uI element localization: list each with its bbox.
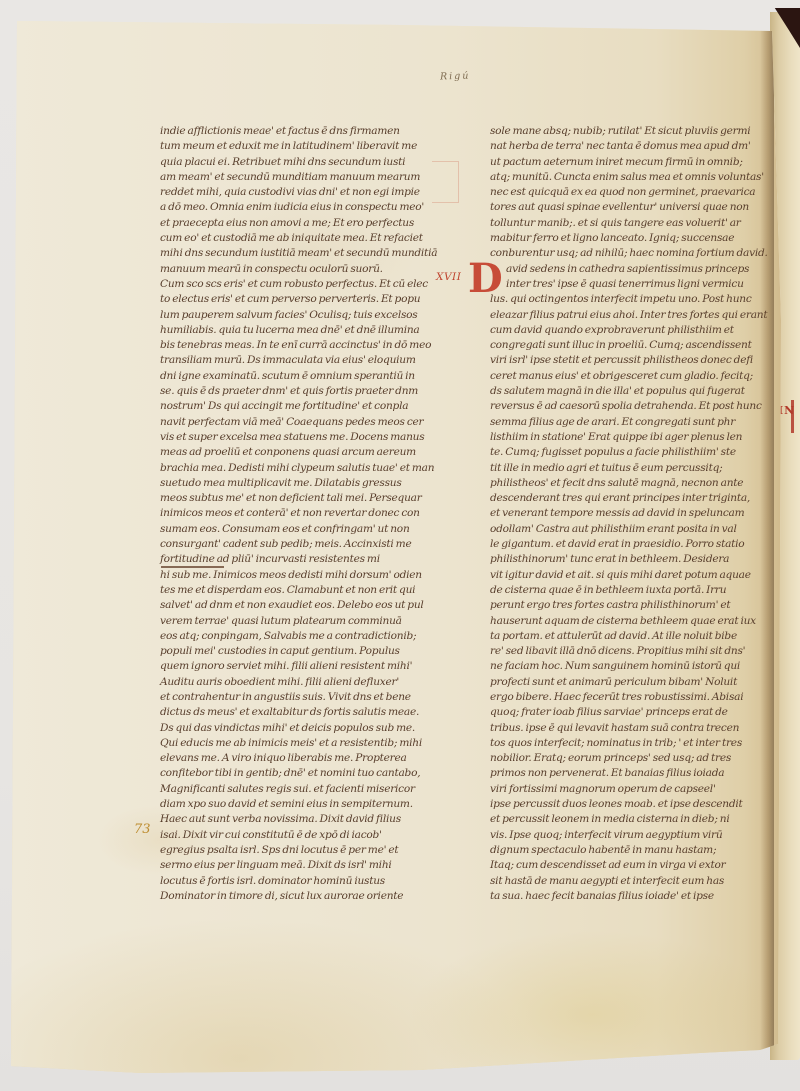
text-line: vis. Ipse quoq; interfecit virum aegypti… [490, 828, 752, 843]
text-line: eleazar filius patrui eius ahoi. Inter t… [490, 308, 752, 323]
text-line: bis tenebras meas. In te enī currā accin… [160, 338, 460, 353]
text-line: elevans me. A viro iniquo liberabis me. … [160, 751, 460, 766]
text-line: quia placui ei. Retribuet mihi dns secun… [160, 155, 460, 170]
chapter-numeral-rubric: XVII [436, 271, 461, 283]
text-line: inimicos meos et conterā' et non reverta… [160, 506, 460, 521]
text-line: egregius psalta isrl. Sps dni locutus ē … [160, 843, 460, 858]
text-line: de cisterna quae ē in bethleem iuxta por… [490, 583, 752, 598]
text-line: cum eo' et custodiā me ab iniquitate mea… [160, 231, 460, 246]
text-line: ds salutem magnā in die illa' et populus… [490, 384, 752, 399]
text-line: reversus ē ad caesorū spolia detrahenda.… [490, 399, 752, 414]
text-line: locutus ē fortis isrl. dominator hominū … [160, 874, 460, 889]
text-line: reddet mihi, quia custodivi vias dni' et… [160, 185, 460, 200]
text-line: lum pauperem salvum facies' Oculisq; tui… [160, 308, 460, 323]
text-line: et praecepta eius non amovi a me; Et ero… [160, 216, 460, 231]
faded-margin-mark [432, 161, 459, 203]
left-text-column: indie afflictionis meae' et factus ē dns… [160, 124, 460, 904]
text-line: verem terrae' quasi lutum platearum comm… [160, 614, 460, 629]
text-line: et percussit leonem in media cisterna in… [490, 812, 752, 827]
text-line: te. Cumq; fugisset populus a facie phili… [490, 445, 752, 460]
text-line: quem ignoro serviet mihi. filii alieni r… [160, 659, 460, 674]
text-line: Dominator in timore di, sicut lux aurora… [160, 889, 460, 904]
text-line: Magnificanti salutes regis sui. et facie… [160, 782, 460, 797]
running-title: Rigú [440, 70, 471, 82]
text-line: brachia mea. Dedisti mihi clypeum saluti… [160, 461, 460, 476]
text-line: profecti sunt et animarū periculum bibam… [490, 675, 752, 690]
text-line: ut pactum aeternum iniret mecum firmū in… [490, 155, 752, 170]
text-line: consurgant' cadent sub pedib; meis. Acci… [160, 537, 460, 552]
text-line: dignum spectaculo habentē in manu hastam… [490, 843, 752, 858]
text-line: navit perfectam viā meā' Coaequans pedes… [160, 415, 460, 430]
text-line: tores aut quasi spinae evellentur' unive… [490, 200, 752, 215]
text-line: salvet' ad dnm et non exaudiet eos. Dele… [160, 598, 460, 613]
text-line: mihi dns secundum iustitiā meam' et secu… [160, 246, 460, 261]
text-line: inter tres' ipse ē quasi tenerrimus lign… [490, 277, 752, 292]
text-line: semma filius age de arari. Et congregati… [490, 415, 752, 430]
text-line: ne faciam hoc. Num sanguinem hominū isto… [490, 659, 752, 674]
text-line: vit igitur david et ait. si quis mihi da… [490, 568, 752, 583]
text-line: nostrum' Ds qui accingit me fortitudine'… [160, 399, 460, 414]
text-line: se. quis ē ds praeter dnm' et quis forti… [160, 384, 460, 399]
text-line: dictus ds meus' et exaltabitur ds fortis… [160, 705, 460, 720]
text-line: suetudo mea multiplicavit me. Dilatabis … [160, 476, 460, 491]
text-line: sermo eius per linguam meā. Dixit ds isr… [160, 858, 460, 873]
text-line: re' sed libavit illā dnō dicens. Propiti… [490, 644, 752, 659]
text-line: hi sub me. Inimicos meos dedisti mihi do… [160, 568, 460, 583]
text-line: Haec aut sunt verba novissima. Dixit dav… [160, 812, 460, 827]
parchment-page: Rigú indie afflictionis meae' et factus … [0, 0, 800, 1091]
text-line: philistheos' et fecit dns salutē magnā, … [490, 476, 752, 491]
text-line: atq; munitū. Cuncta enim salus mea et om… [490, 170, 752, 185]
text-line: diam xpo suo david et semini eius in sem… [160, 797, 460, 812]
text-line: Qui educis me ab inimicis meis' et a res… [160, 736, 460, 751]
text-line: viri fortissimi magnorum operum de capse… [490, 782, 752, 797]
text-line: isai. Dixit vir cui constitutū ē de xpō … [160, 828, 460, 843]
text-line: Cum sco scs eris' et cum robusto perfect… [160, 277, 460, 292]
text-line: lus. qui octingentos interfecit impetu u… [490, 292, 752, 307]
text-line: tolluntur manib;. et si quis tangere eas… [490, 216, 752, 231]
text-line: listhiim in statione' Erat quippe ibi ag… [490, 430, 752, 445]
decorated-initial-d: D [468, 259, 503, 299]
text-line: manuum mearū in conspectu oculorū suorū. [160, 262, 460, 277]
text-line: descenderant tres qui erant principes in… [490, 491, 752, 506]
text-line: philisthinorum' tunc erat in bethleem. D… [490, 552, 752, 567]
text-line: ta portam. et attulerūt ad david. At ill… [490, 629, 752, 644]
facing-page-rubric-bar [791, 400, 794, 433]
margin-numeral: 73 [134, 822, 151, 837]
text-line: avid sedens in cathedra sapientissimus p… [490, 262, 752, 277]
text-line: confitebor tibi in gentib; dnē' et nomin… [160, 766, 460, 781]
text-line: transiliam murū. Ds immaculata via eius'… [160, 353, 460, 368]
text-line: eos atq; conpingam, Salvabis me a contra… [160, 629, 460, 644]
text-line: viri isrl' ipse stetit et percussit phil… [490, 353, 752, 368]
text-line: humiliabis. quia tu lucerna mea dnē' et … [160, 323, 460, 338]
text-line: nat herba de terra' nec tanta ē domus me… [490, 139, 752, 154]
text-line: hauserunt aquam de cisterna bethleem qua… [490, 614, 752, 629]
text-line: Ds qui das vindictas mihi' et deicis pop… [160, 721, 460, 736]
text-line: primos non pervenerat. Et banaias filius… [490, 766, 752, 781]
text-line: ta sua. haec fecit banaias filius ioiade… [490, 889, 752, 904]
text-line: vis et super excelsa mea statuens me. Do… [160, 430, 460, 445]
text-line: et venerant tempore messis ad david in s… [490, 506, 752, 521]
text-line: tit ille in medio agri et tuitus ē eum p… [490, 461, 752, 476]
text-line: tribus. ipse ē qui levavit hastam suā co… [490, 721, 752, 736]
text-line: perunt ergo tres fortes castra philisthi… [490, 598, 752, 613]
text-line: a dō meo. Omnia enim iudicia eius in con… [160, 200, 460, 215]
text-line: et contrahentur in angustiis suis. Vivit… [160, 690, 460, 705]
manuscript-photo: IN Rigú indie afflictionis meae' et fact… [0, 0, 800, 1091]
text-line: le gigantum. et david erat in praesidio.… [490, 537, 752, 552]
scribal-deletion-stroke [161, 566, 224, 568]
text-line: ipse percussit duos leones moab. et ipse… [490, 797, 752, 812]
text-line: ceret manus eius' et obrigesceret cum gl… [490, 369, 752, 384]
text-line: tos quos interfecit; nominatus in trib; … [490, 736, 752, 751]
text-line: nobilior. Eratq; eorum princeps' sed usq… [490, 751, 752, 766]
text-line: ergo bibere. Haec fecerūt tres robustiss… [490, 690, 752, 705]
text-line: mabitur ferro et ligno lanceato. Igniq; … [490, 231, 752, 246]
text-line: tum meum et eduxit me in latitudinem' li… [160, 139, 460, 154]
text-line: congregati sunt illuc in proeliū. Cumq; … [490, 338, 752, 353]
text-line: quoq; frater ioab filius sarviae' prince… [490, 705, 752, 720]
text-line: meas ad proeliū et conponens quasi arcum… [160, 445, 460, 460]
text-line: odollam' Castra aut philisthiim erant po… [490, 522, 752, 537]
text-line: sumam eos. Consumam eos et confringam' u… [160, 522, 460, 537]
text-line: sit hastā de manu aegypti et interfecit … [490, 874, 752, 889]
text-line: meos subtus me' et non deficient tali me… [160, 491, 460, 506]
text-line: populi mei' custodies in caput gentium. … [160, 644, 460, 659]
text-line: sole mane absq; nubib; rutilat' Et sicut… [490, 124, 752, 139]
text-line: indie afflictionis meae' et factus ē dns… [160, 124, 460, 139]
text-line: nec est quicquā ex ea quod non germinet,… [490, 185, 752, 200]
text-line: Itaq; cum descendisset ad eum in virga v… [490, 858, 752, 873]
right-text-column: sole mane absq; nubib; rutilat' Et sicut… [490, 124, 752, 904]
text-line: cum david quando exprobraverunt philisth… [490, 323, 752, 338]
text-line: tes me et disperdam eos. Clamabunt et no… [160, 583, 460, 598]
text-line: to electus eris' et cum perverso pervert… [160, 292, 460, 307]
text-line: dni igne examinatū. scutum ē omnium sper… [160, 369, 460, 384]
text-line: am meam' et secundū munditiam manuum mea… [160, 170, 460, 185]
text-line: Auditu auris oboedient mihi. filii alien… [160, 675, 460, 690]
text-line: conburentur usq; ad nihilū; haec nomina … [490, 246, 752, 261]
